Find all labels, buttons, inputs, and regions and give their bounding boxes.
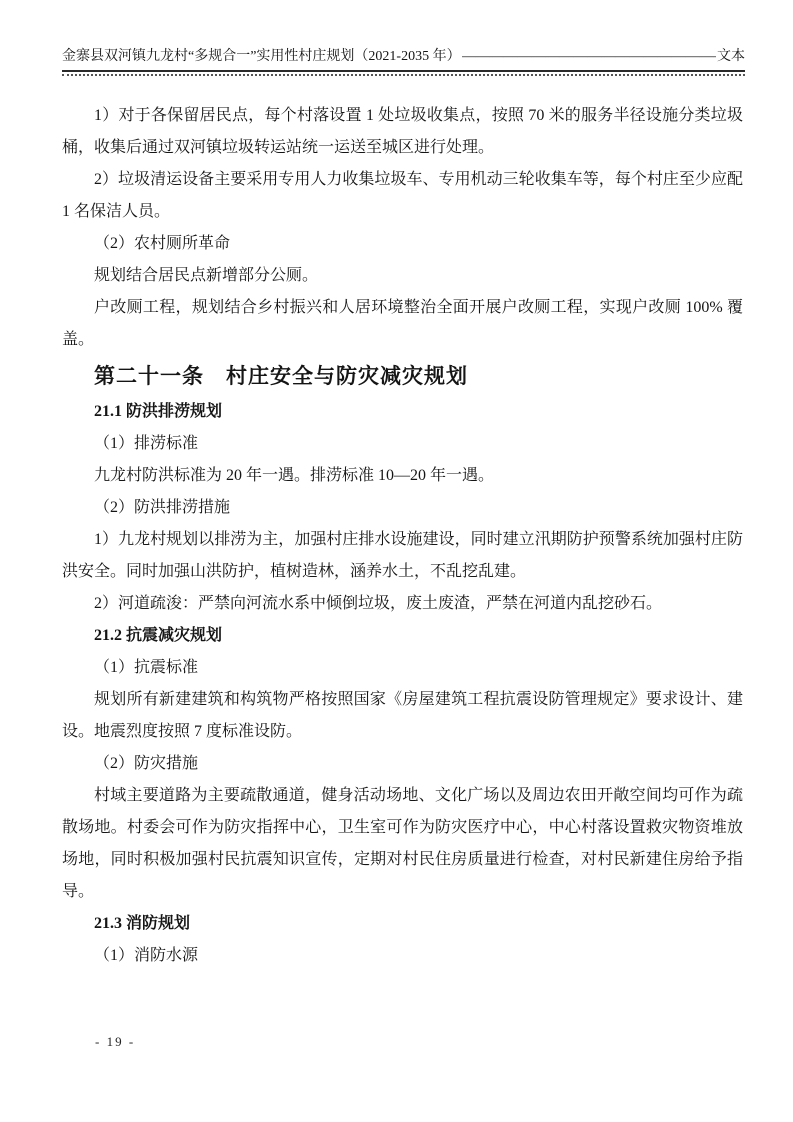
paragraph: 村域主要道路为主要疏散通道，健身活动场地、文化广场以及周边农田开敞空间均可作为疏… [62,780,743,908]
document-title: 金寨县双河镇九龙村“多规合一”实用性村庄规划（2021-2035 年） [62,46,461,68]
paragraph: 规划所有新建建筑和构筑物严格按照国家《房屋建筑工程抗震设防管理规定》要求设计、建… [62,684,743,748]
paragraph: （1）排涝标准 [62,428,743,460]
page-number: - 19 - [95,1034,135,1049]
paragraph: （2）防洪排涝措施 [62,492,743,524]
paragraph: 九龙村防洪标准为 20 年一遇。排涝标准 10—20 年一遇。 [62,460,743,492]
paragraph: （2）农村厕所革命 [62,228,743,260]
sub-heading-21-3: 21.3 消防规划 [62,908,743,940]
paragraph: 1）九龙村规划以排涝为主，加强村庄排水设施建设，同时建立汛期防护预警系统加强村庄… [62,524,743,588]
sub-heading-21-1: 21.1 防洪排涝规划 [62,396,743,428]
sub-heading-21-2: 21.2 抗震减灾规划 [62,620,743,652]
header-dash-leader: ————————————————————————————————————————… [462,46,716,68]
paragraph: 2）垃圾清运设备主要采用专用人力收集垃圾车、专用机动三轮收集车等，每个村庄至少应… [62,164,743,228]
header-doc-type-label: 文本 [717,46,745,68]
page-footer: - 19 - [95,1033,135,1051]
paragraph: 规划结合居民点新增部分公厕。 [62,260,743,292]
paragraph: （1）抗震标准 [62,652,743,684]
paragraph: （1）消防水源 [62,940,743,972]
page-header-rule: 金寨县双河镇九龙村“多规合一”实用性村庄规划（2021-2035 年） ————… [62,46,745,72]
document-body: 1）对于各保留居民点，每个村落设置 1 处垃圾收集点，按照 70 米的服务半径设… [62,100,743,972]
paragraph: （2）防灾措施 [62,748,743,780]
section-heading-article-21: 第二十一条 村庄安全与防灾减灾规划 [62,356,743,396]
paragraph: 户改厕工程，规划结合乡村振兴和人居环境整治全面开展户改厕工程，实现户改厕 100… [62,292,743,356]
page-header: 金寨县双河镇九龙村“多规合一”实用性村庄规划（2021-2035 年） ————… [62,46,745,76]
paragraph: 2）河道疏浚：严禁向河流水系中倾倒垃圾，废土废渣，严禁在河道内乱挖砂石。 [62,588,743,620]
document-page: 金寨县双河镇九龙村“多规合一”实用性村庄规划（2021-2035 年） ————… [0,0,793,1122]
paragraph: 1）对于各保留居民点，每个村落设置 1 处垃圾收集点，按照 70 米的服务半径设… [62,100,743,164]
header-dotted-rule [62,74,745,76]
